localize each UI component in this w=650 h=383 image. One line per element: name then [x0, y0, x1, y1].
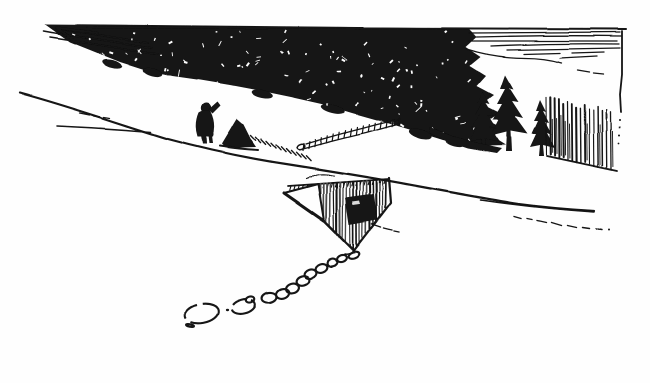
footprint — [225, 309, 228, 311]
roof-ridge-hatching — [251, 136, 311, 161]
border-dot — [619, 119, 621, 121]
speckle — [101, 138, 103, 140]
speckle — [277, 97, 279, 100]
speckle — [76, 98, 78, 101]
speckle — [143, 136, 148, 138]
trail-from-woods — [296, 119, 399, 151]
border-dot — [619, 127, 621, 129]
speckle — [319, 111, 323, 113]
contour-dashes — [514, 217, 610, 231]
speckle — [263, 122, 266, 126]
hatch-stroke — [281, 147, 286, 152]
speckle — [115, 84, 118, 86]
speckle — [120, 140, 123, 143]
footprints-trail — [183, 251, 360, 327]
hatch-stroke — [362, 126, 363, 133]
hatch-stroke — [351, 129, 352, 136]
footprint — [245, 296, 255, 304]
mound-crest-line — [306, 174, 334, 178]
speckle — [98, 71, 101, 75]
hatch-stroke — [271, 143, 276, 148]
speckle — [496, 75, 498, 78]
speckle — [62, 83, 64, 85]
speckle — [490, 70, 493, 74]
speckle — [185, 135, 187, 138]
speckle — [442, 63, 444, 65]
speckle — [91, 135, 95, 138]
speckle — [81, 67, 84, 69]
speckle — [73, 110, 74, 112]
speckle — [61, 122, 63, 125]
speckle — [148, 84, 150, 86]
hatch-stroke — [593, 110, 594, 166]
sky-line — [470, 32, 620, 33]
hatch-stroke — [572, 104, 573, 161]
hatch-stroke — [256, 138, 261, 143]
hatch-stroke — [568, 102, 569, 160]
footprint — [261, 291, 278, 303]
trail-end-loop — [296, 143, 305, 150]
plank-stroke — [343, 181, 344, 240]
left-contour-dashes — [80, 113, 110, 118]
footprint — [183, 301, 220, 326]
speckle — [134, 113, 138, 115]
speckle — [139, 72, 141, 74]
sky-line — [491, 44, 619, 46]
speckle — [62, 68, 65, 69]
speckle — [411, 86, 413, 88]
speckle — [161, 126, 164, 128]
speckle — [216, 31, 218, 32]
sky-line — [524, 52, 604, 54]
footprint — [303, 267, 317, 279]
person-legs — [202, 136, 214, 144]
hatch-stroke — [339, 132, 340, 139]
dugout-doorway — [345, 194, 377, 225]
speckle — [111, 146, 113, 147]
contour-dot — [608, 229, 610, 231]
speckle — [336, 71, 340, 73]
speckle — [312, 129, 316, 131]
speckle — [297, 105, 301, 109]
speckle — [362, 124, 366, 127]
hatch-stroke — [356, 127, 357, 134]
speckle — [398, 137, 404, 139]
speckle — [284, 111, 286, 114]
speckle — [132, 38, 133, 40]
border-dot — [618, 135, 620, 137]
trail-edge-line — [303, 124, 399, 149]
speckle — [483, 59, 486, 62]
distant-crest-line — [467, 49, 562, 63]
speckle — [265, 146, 269, 149]
hatch-stroke — [251, 136, 256, 141]
speckle — [163, 84, 165, 87]
hatch-stroke — [559, 99, 560, 157]
speckle — [174, 90, 176, 92]
speckle — [272, 136, 274, 140]
speckle — [308, 134, 312, 137]
hatch-stroke — [296, 152, 301, 157]
speckle — [311, 121, 314, 123]
speckle — [330, 56, 331, 59]
hatch-stroke — [368, 125, 369, 132]
speckle — [66, 87, 68, 88]
dugout-entrance — [284, 178, 399, 254]
speckle — [152, 136, 154, 140]
sky-line — [477, 36, 621, 37]
speckle — [333, 145, 335, 148]
sky-line — [560, 56, 597, 58]
speckle — [118, 81, 119, 85]
speckle — [194, 99, 198, 102]
footprint — [348, 251, 360, 260]
speckle — [68, 83, 71, 85]
speckle — [73, 59, 75, 61]
speckle — [329, 116, 333, 118]
speckle — [81, 77, 82, 80]
speckle — [395, 132, 397, 134]
speckle — [106, 68, 110, 72]
dugout-left-outline — [324, 221, 354, 251]
hatch-stroke — [589, 109, 590, 164]
speckle — [270, 132, 272, 133]
speckle — [67, 52, 71, 54]
speckle — [230, 36, 232, 38]
footprint — [186, 324, 194, 328]
hatch-stroke — [580, 108, 581, 162]
hatch-stroke — [611, 112, 612, 169]
hatch-stroke — [585, 105, 586, 162]
speckle — [119, 68, 122, 72]
speckle — [248, 128, 250, 130]
speckle — [157, 80, 159, 82]
speckle — [393, 127, 395, 129]
hatch-stroke — [266, 141, 271, 146]
speckle — [130, 138, 132, 142]
plank-stroke — [346, 181, 347, 244]
hatch-stroke — [291, 150, 296, 155]
sky-hatch-lines — [467, 32, 621, 74]
contour-dash — [514, 217, 602, 230]
hatch-stroke — [261, 140, 266, 145]
hatch-stroke — [576, 108, 577, 162]
hatch-stroke — [602, 111, 603, 166]
speckle — [88, 93, 91, 95]
speckle — [264, 126, 266, 130]
sky-line — [507, 48, 620, 50]
sky-scribble — [578, 70, 604, 74]
hatch-stroke — [333, 134, 334, 141]
hatch-stroke — [301, 154, 306, 159]
hatch-stroke — [606, 110, 607, 168]
hatch-stroke — [327, 136, 328, 143]
illustration — [0, 0, 650, 383]
speckle — [328, 113, 330, 115]
border-dot — [618, 143, 620, 145]
speckle — [215, 94, 218, 99]
hatch-stroke — [598, 107, 599, 167]
hatch-stroke — [555, 98, 556, 155]
hatch-stroke — [374, 123, 375, 130]
dugout-shadow-dashes — [372, 224, 399, 232]
plank-stroke — [326, 182, 327, 223]
hatch-stroke — [276, 145, 281, 150]
speckle — [114, 94, 116, 97]
hatch-stroke — [286, 149, 291, 154]
right-border-stroke — [620, 31, 622, 112]
hatch-stroke — [550, 97, 551, 154]
speckle — [132, 111, 134, 112]
speckle — [160, 55, 162, 56]
person-body — [196, 111, 214, 137]
hatch-stroke — [546, 97, 547, 155]
speckle — [300, 135, 305, 139]
speckle — [296, 140, 298, 143]
footprint — [285, 282, 300, 294]
speckle — [185, 148, 188, 152]
illustration-canvas — [0, 0, 650, 383]
footprint — [326, 258, 338, 268]
hatch-stroke — [306, 156, 311, 161]
speckle — [420, 103, 422, 107]
hatch-stroke — [345, 131, 346, 138]
plank-stroke — [333, 182, 334, 230]
roof-peak — [222, 119, 256, 148]
person-figure — [196, 102, 221, 144]
footprint — [230, 297, 257, 316]
speckle — [83, 62, 86, 65]
speckle — [222, 129, 227, 134]
speckle — [152, 85, 154, 87]
hatch-stroke — [563, 104, 564, 157]
